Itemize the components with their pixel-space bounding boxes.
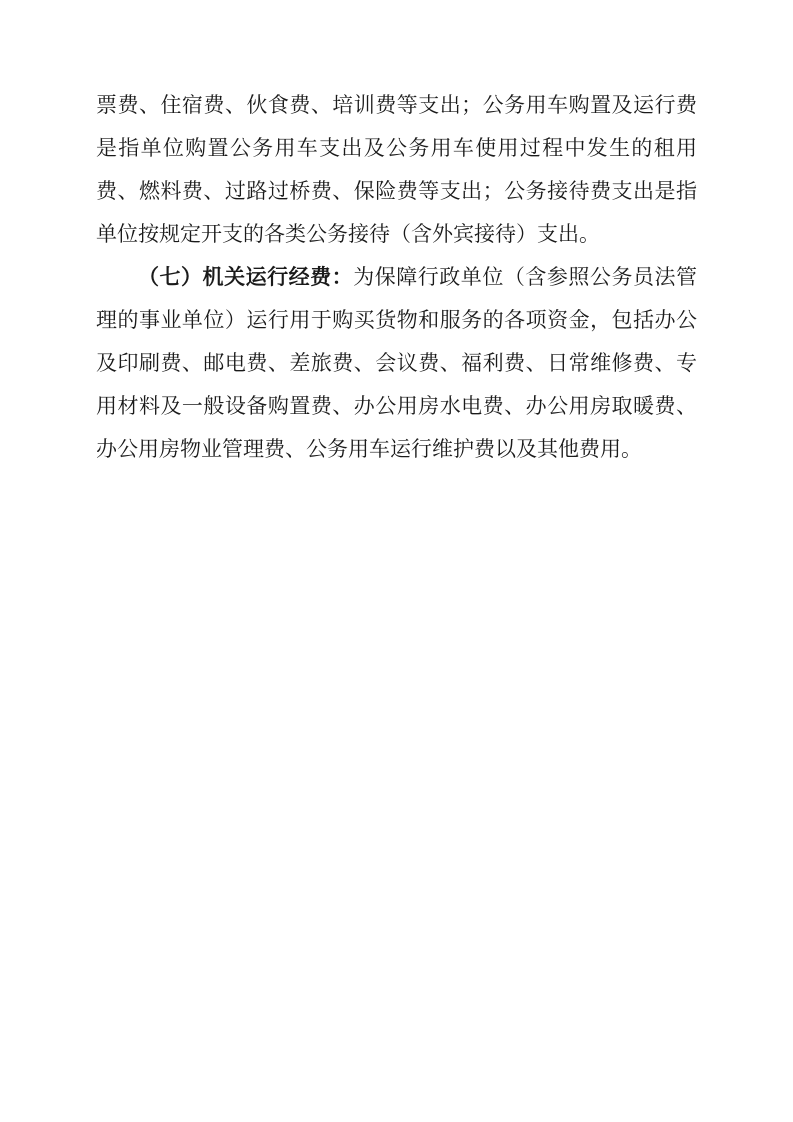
paragraph-item-7-body: 为保障行政单位（含参照公务员法管理的事业单位）运行用于购买货物和服务的各项资金，…	[96, 265, 697, 461]
paragraph-item-7: （七）机关运行经费：为保障行政单位（含参照公务员法管理的事业单位）运行用于购买货…	[96, 256, 697, 471]
document-page: 票费、住宿费、伙食费、培训费等支出；公务用车购置及运行费是指单位购置公务用车支出…	[0, 0, 793, 1122]
paragraph-item-7-heading: （七）机关运行经费：	[138, 265, 353, 289]
text-block: 票费、住宿费、伙食费、培训费等支出；公务用车购置及运行费是指单位购置公务用车支出…	[96, 84, 697, 471]
paragraph-continuation-text: 票费、住宿费、伙食费、培训费等支出；公务用车购置及运行费是指单位购置公务用车支出…	[96, 93, 697, 246]
paragraph-continuation: 票费、住宿费、伙食费、培训费等支出；公务用车购置及运行费是指单位购置公务用车支出…	[96, 84, 697, 256]
